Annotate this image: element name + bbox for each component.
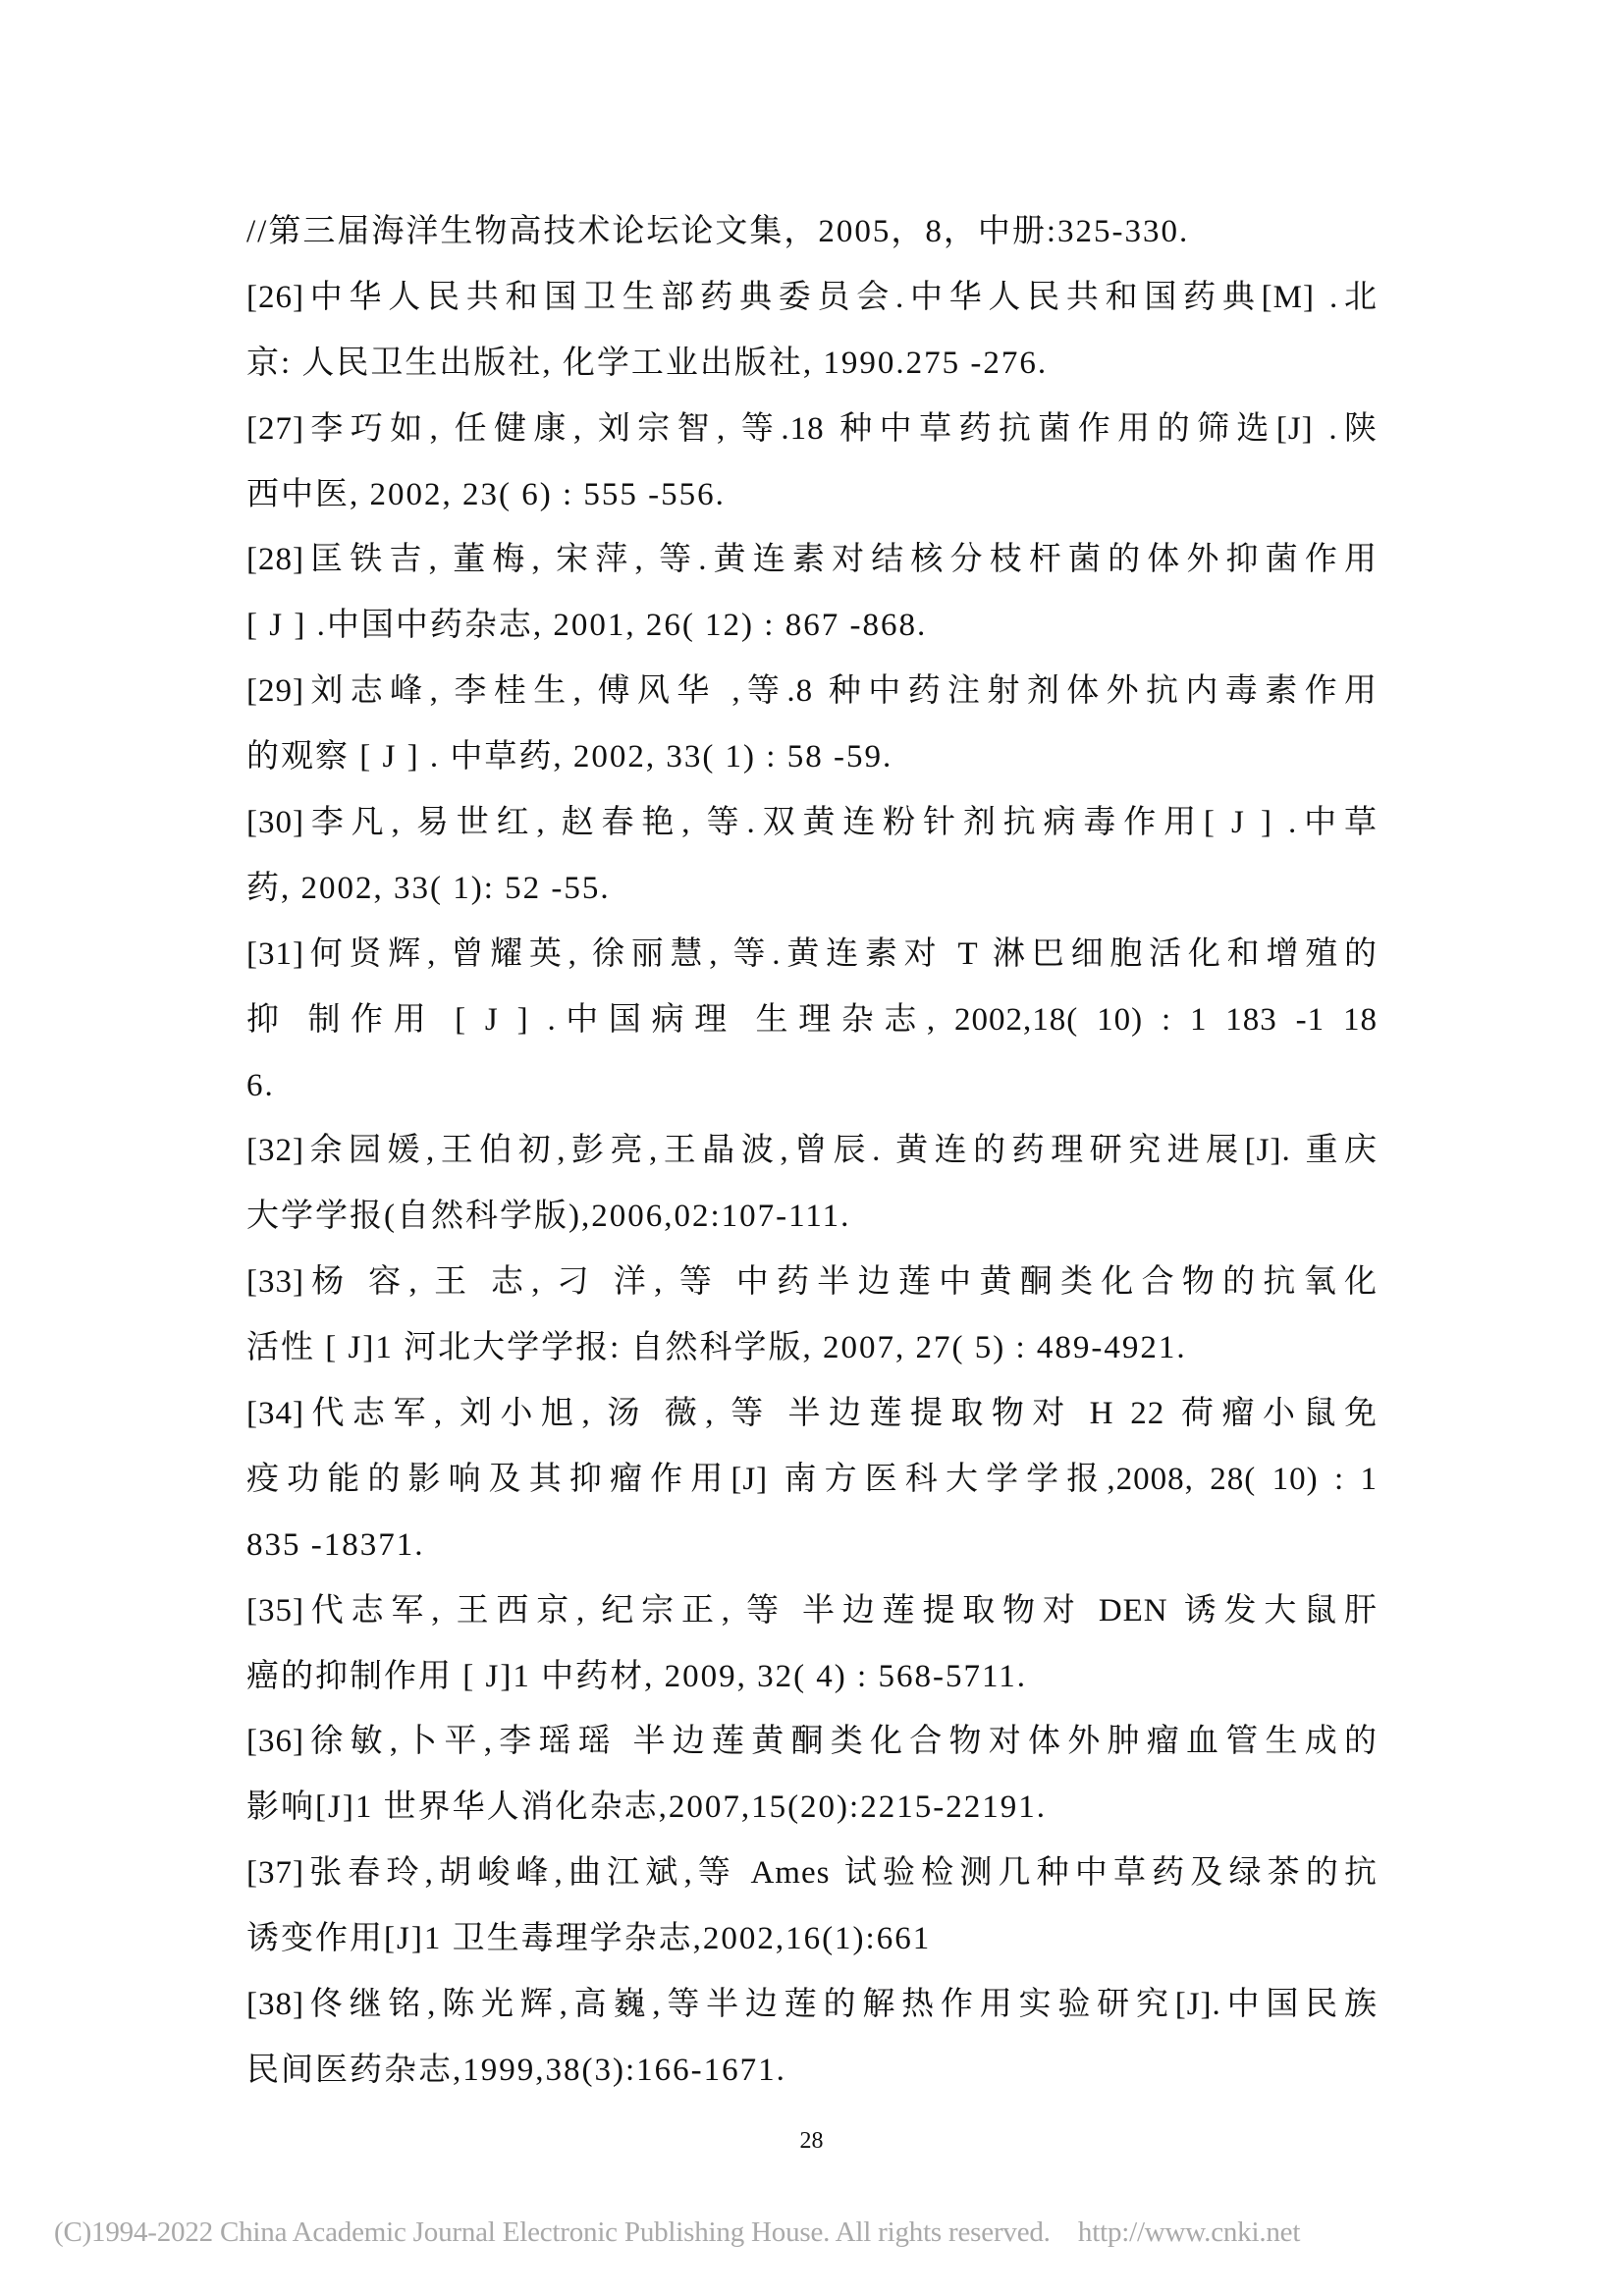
- reference-26-line: 京: 人民卫生出版社, 化学工业出版社, 1990.275 -276.: [246, 331, 1378, 397]
- reference-36-line: [36]徐敏,卜平,李瑶瑶 半边莲黄酮类化合物对体外肿瘤血管生成的: [246, 1709, 1378, 1775]
- reference-28-line: [ J ] .中国中药杂志, 2001, 26( 12) : 867 -868.: [246, 593, 1378, 659]
- reference-36-line: 影响[J]1 世界华人消化杂志,2007,15(20):2215-22191.: [246, 1775, 1378, 1841]
- reference-38-line: [38]佟继铭,陈光辉,高巍,等半边莲的解热作用实验研究[J].中国民族: [246, 1972, 1378, 2038]
- reference-29-line: [29]刘志峰, 李桂生, 傅风华 ,等.8 种中药注射剂体外抗内毒素作用: [246, 659, 1378, 724]
- reference-34-line: [34]代志军, 刘小旭, 汤 薇, 等 半边莲提取物对 H 22 荷瘤小鼠免: [246, 1381, 1378, 1447]
- reference-32-line: 大学学报(自然科学版),2006,02:107-111.: [246, 1184, 1378, 1250]
- reference-30-line: [30]李凡, 易世红, 赵春艳, 等.双黄连粉针剂抗病毒作用[ J ] .中草: [246, 790, 1378, 856]
- reference-line: //第三届海洋生物高技术论坛论文集，2005，8，中册:325-330.: [246, 199, 1378, 265]
- document-page: //第三届海洋生物高技术论坛论文集，2005，8，中册:325-330. [26…: [0, 0, 1623, 2296]
- reference-26-line: [26]中华人民共和国卫生部药典委员会.中华人民共和国药典[M] .北: [246, 265, 1378, 331]
- copyright-footer: (C)1994-2022 China Academic Journal Elec…: [54, 2216, 1300, 2249]
- reference-38-line: 民间医药杂志,1999,38(3):166-1671.: [246, 2038, 1378, 2104]
- reference-37-line: [37]张春玲,胡峻峰,曲江斌,等 Ames 试验检测几种中草药及绿茶的抗: [246, 1841, 1378, 1906]
- reference-35-line: [35]代志军, 王西京, 纪宗正, 等 半边莲提取物对 DEN 诱发大鼠肝: [246, 1578, 1378, 1644]
- reference-list: //第三届海洋生物高技术论坛论文集，2005，8，中册:325-330. [26…: [246, 199, 1378, 2104]
- reference-30-line: 药, 2002, 33( 1): 52 -55.: [246, 856, 1378, 922]
- reference-29-line: 的观察 [ J ] . 中草药, 2002, 33( 1) : 58 -59.: [246, 724, 1378, 790]
- reference-33-line: [33]杨 容, 王 志, 刁 洋, 等 中药半边莲中黄酮类化合物的抗氧化: [246, 1250, 1378, 1315]
- reference-34-line: 835 -18371.: [246, 1513, 1378, 1578]
- reference-37-line: 诱变作用[J]1 卫生毒理学杂志,2002,16(1):661: [246, 1906, 1378, 1972]
- reference-33-line: 活性 [ J]1 河北大学学报: 自然科学版, 2007, 27( 5) : 4…: [246, 1315, 1378, 1381]
- reference-34-line: 疫功能的影响及其抑瘤作用[J] 南方医科大学学报,2008, 28( 10) :…: [246, 1447, 1378, 1513]
- reference-31-line: [31]何贤辉, 曾耀英, 徐丽慧, 等.黄连素对 T 淋巴细胞活化和增殖的: [246, 922, 1378, 988]
- reference-27-line: [27]李巧如, 任健康, 刘宗智, 等.18 种中草药抗菌作用的筛选[J] .…: [246, 397, 1378, 462]
- reference-35-line: 癌的抑制作用 [ J]1 中药材, 2009, 32( 4) : 568-571…: [246, 1644, 1378, 1710]
- reference-32-line: [32]余园媛,王伯初,彭亮,王晶波,曾辰. 黄连的药理研究进展[J]. 重庆: [246, 1118, 1378, 1184]
- reference-31-line: 抑 制作用 [ J ] .中国病理 生理杂志, 2002,18( 10) : 1…: [246, 988, 1378, 1053]
- reference-31-line: 6.: [246, 1053, 1378, 1119]
- reference-28-line: [28]匡铁吉, 董梅, 宋萍, 等.黄连素对结核分枝杆菌的体外抑菌作用: [246, 527, 1378, 593]
- reference-27-line: 西中医, 2002, 23( 6) : 555 -556.: [246, 462, 1378, 528]
- page-number: 28: [0, 2128, 1623, 2155]
